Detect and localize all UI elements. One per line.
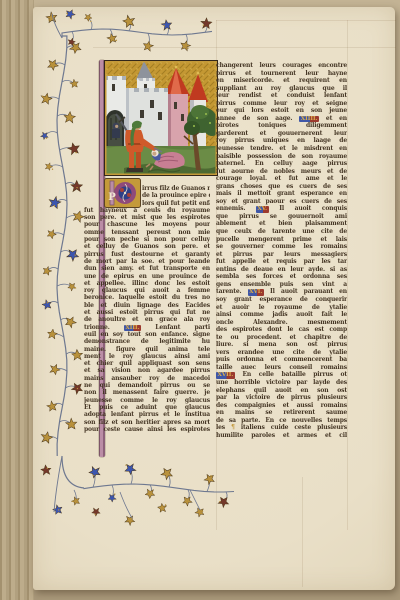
text-line: mais il mettoit grant esperance en — [216, 190, 347, 198]
ivy-leaf — [47, 328, 58, 339]
gold-dot — [187, 47, 188, 48]
ivy-leaf — [41, 298, 54, 311]
gold-dot — [66, 13, 67, 14]
text-line: son pere. et mist que les espirotes — [84, 214, 210, 221]
text-line: roy glaucus qui auoit a femme — [84, 287, 210, 294]
text-line: pirrus fust destourne et garanty — [84, 251, 210, 258]
text-line: annee de son aage. XIIII. et en — [216, 115, 347, 123]
text-line: leur rendist et conduist lenfant — [216, 92, 347, 100]
vine-stem — [190, 490, 200, 510]
ivy-leaf — [178, 39, 191, 53]
ivy-leaf — [121, 15, 136, 30]
gold-dot — [163, 25, 164, 26]
text-line: oncle Alexandre. mesmement — [216, 319, 347, 327]
ivy-leaf — [160, 18, 173, 32]
text-line: omme tenssant pereust non mie — [84, 229, 210, 236]
ivy-leaf — [50, 364, 61, 375]
ivy-leaf — [180, 494, 193, 507]
ivy-leaf — [41, 265, 53, 277]
gold-dot — [77, 388, 78, 389]
gold-dot — [74, 426, 75, 427]
text-line: adopta lenfant pirrus et le institua — [84, 411, 210, 418]
gold-dot — [203, 25, 204, 26]
text-line: soy grant esperance de conquerir — [216, 296, 347, 304]
chapter-numeral: XVII. — [216, 372, 235, 378]
text-line: en mains se retirerent saume — [216, 409, 347, 417]
text-line: euil en soy tout son enfance. signe — [84, 331, 210, 338]
gold-dot — [76, 187, 77, 188]
gold-dot — [54, 367, 55, 368]
ivy-leaf — [64, 111, 76, 123]
text-line: vers erandee une cite de ytalie — [216, 349, 347, 357]
ivy-leaf — [141, 39, 154, 52]
text-line: et chier quil appliquast son sens — [84, 360, 210, 367]
ivy-leaf — [65, 246, 81, 262]
ivy-leaf — [84, 14, 92, 22]
text-line: une horrible victoire par layde des — [216, 379, 347, 387]
text-line: roy pirrus uniques en laage de — [216, 137, 347, 145]
ivy-leaf — [217, 494, 231, 508]
text-line: ne qui demandoit pirrus ou se — [84, 382, 210, 389]
text-line: mains ansauber roy de macedoi — [84, 375, 210, 382]
text-line: en misericorde. et requirent en — [216, 77, 347, 85]
ivy-leaf — [47, 196, 62, 211]
gold-dot — [94, 514, 95, 515]
gold-dot — [74, 355, 75, 356]
gold-dot — [116, 40, 117, 41]
text-line: te ou procedent. et chapitre de — [216, 334, 347, 342]
ivy-leaf — [159, 465, 175, 481]
text-line: pucelle mengerent prime et lais — [216, 236, 347, 244]
gold-dot — [68, 324, 69, 325]
text-line: pour son peche si non pour celluy — [84, 236, 210, 243]
text-line: son filz et son heritier apres sa mort — [84, 419, 210, 426]
manuscript-photo: P irrus filz de Guanos royde la prouince… — [0, 0, 400, 600]
text-line: liure. si mena son ost pirrus — [216, 341, 347, 349]
gold-dot — [210, 475, 211, 476]
text-line: tarente. XVI. Il auoit parauant en — [216, 288, 347, 296]
text-line: sembla ses forces et ordonna ses — [216, 273, 347, 281]
text-line: gens ensemble puis sen vint a — [216, 281, 347, 289]
vine-stem — [84, 484, 234, 492]
ivy-leaf — [40, 464, 51, 475]
ivy-leaf — [123, 462, 137, 476]
ivy-leaf — [46, 400, 60, 414]
text-line: et aussi estoit pirrus qui fut ne — [84, 309, 210, 316]
gold-dot — [48, 19, 49, 20]
text-line: elephans quil auoit en son ost — [216, 387, 347, 395]
text-line: ainsi comme jadis auoit fait le — [216, 311, 347, 319]
text-line: maine. figure quil anima tele — [84, 346, 210, 353]
text-line: de la prouince epire des — [142, 192, 210, 199]
text-line: suppliant au roy glaucus que il — [216, 85, 347, 93]
gold-dot — [73, 44, 74, 45]
vine-stem — [54, 456, 62, 512]
ivy-leaf — [41, 93, 53, 105]
text-line: humilite paroles et armes et cil — [216, 432, 347, 440]
text-line: pirrus comme leur roy et seigne — [216, 100, 347, 108]
gold-dot — [47, 468, 48, 469]
text-column-right: changerent leurs courages encontrepirrus… — [216, 62, 347, 439]
text-line: eur qui lors estoit en son jeune — [216, 107, 347, 115]
text-line: non il menassent faire guerre. je — [84, 389, 210, 396]
gold-dot — [125, 464, 126, 465]
text-line: et appellee. illinc donc les estoit — [84, 280, 210, 287]
gold-dot — [72, 501, 73, 502]
text-line: soy et grant paour es cuers de ses — [216, 198, 347, 206]
text-line: Et puis ce aduint que glaucus — [84, 404, 210, 411]
chapter-numeral: XVI. — [248, 289, 264, 295]
text-line: beronice. laquelle estoit du tres no — [84, 294, 210, 301]
text-line: paternel. En celluy aage pirrus — [216, 160, 347, 168]
text-line: fut aourne de nobles meurs et de — [216, 168, 347, 176]
text-line: pirrus et tournerent leur hayne — [216, 70, 347, 78]
text-line: des espirotes dont le cas est comp — [216, 326, 347, 334]
gold-dot — [50, 63, 51, 64]
paragraph-mark: ¶ — [231, 424, 235, 431]
gold-dot — [127, 18, 128, 19]
text-line: de mort par la soe. et pour leande — [84, 258, 210, 265]
text-line: de sa parte. En ce nouvelles temps — [216, 417, 347, 425]
text-column-left: irrus filz de Guanos royde la prouince e… — [84, 185, 210, 433]
text-line: ablement et bien plaisamment — [216, 220, 347, 228]
text-line: par la victoire de pirrus plusieurs — [216, 394, 347, 402]
text-line: pirotes toniques diligemment — [216, 122, 347, 130]
gold-dot — [50, 336, 51, 337]
gold-dot — [131, 520, 132, 521]
ivy-leaf — [145, 489, 155, 499]
gold-dot — [114, 493, 115, 494]
text-line: courage loyal. et fut ame et le — [216, 175, 347, 183]
vine-stem — [57, 284, 72, 286]
text-line: fut hayneux a ceuls du royaume — [84, 207, 210, 214]
text-line: irrus filz de Guanos roy — [142, 185, 210, 192]
text-line: taille auec leurs conseil romains — [216, 364, 347, 372]
ivy-leaf — [106, 32, 119, 45]
gold-dot — [74, 254, 75, 255]
gold-dot — [47, 302, 48, 303]
chapter-numeral: XIII. — [124, 325, 141, 331]
gold-dot — [90, 21, 91, 22]
text-line: et pirrus par leurs messagiers — [216, 251, 347, 259]
text-line: pour ceste cause ainsi les espirotes — [84, 426, 210, 433]
gold-dot — [149, 48, 150, 49]
gold-dot — [165, 504, 166, 505]
ivy-leaf — [45, 11, 60, 26]
text-line: que pirrus se gouuernoit ami — [216, 213, 347, 221]
ivy-leaf — [66, 281, 77, 292]
gold-dot — [74, 47, 75, 48]
text-line: ble et diuin lignage des Eacides — [84, 302, 210, 309]
text-line: jeunesse comme le roy glaucus — [84, 397, 210, 404]
gold-dot — [149, 491, 150, 492]
ivy-leaf — [92, 508, 101, 517]
text-line: que ceulx de tarente une cite de — [216, 228, 347, 236]
ivy-leaf — [71, 180, 83, 191]
gold-dot — [93, 475, 94, 476]
text-line: pour chascune les moyens pour — [84, 221, 210, 228]
text-line: changerent leurs courages encontre — [216, 62, 347, 70]
ivy-leaf — [63, 7, 76, 20]
ivy-leaf — [194, 505, 207, 518]
chapter-numeral: XIIII. — [299, 116, 319, 122]
text-line: XVII. En celle bataille pirrus ot — [216, 371, 347, 379]
ivy-leaf — [46, 229, 57, 239]
ivy-leaf — [40, 131, 50, 141]
text-line: puis ordonna et commencerent ba — [216, 356, 347, 364]
gold-dot — [51, 404, 52, 405]
gold-dot — [54, 205, 55, 206]
miniature-painting — [104, 60, 218, 176]
text-line: lors quil fut petit enfant — [142, 200, 210, 207]
gold-dot — [42, 96, 43, 97]
gold-dot — [166, 476, 167, 477]
gold-dot — [219, 501, 220, 502]
vine-stem — [62, 456, 84, 488]
ivy-leaf — [69, 78, 81, 90]
chapter-numeral: XV. — [256, 206, 269, 212]
text-line: trionne. XIII. Lenfant parti — [84, 324, 210, 331]
text-line: de anoultre et en grace ala roy — [84, 316, 210, 323]
gold-dot — [69, 113, 70, 114]
text-line: des compaignies et aussi romains — [216, 402, 347, 410]
text-line: dun sien amy. et fut transporte en — [84, 265, 210, 272]
gold-dot — [75, 214, 76, 215]
text-line: les ¶ italiens cuide ceste plusieurs — [216, 424, 347, 432]
ivy-leaf — [157, 503, 167, 514]
text-line: grans choses que es cuers de ses — [216, 183, 347, 191]
text-line: et sa vision non agardee pirrus — [84, 367, 210, 374]
gold-dot — [52, 169, 53, 170]
text-line: paisible possession de son royaume — [216, 153, 347, 161]
text-line: et auoir le royaume de ytalie — [216, 304, 347, 312]
vine-stem — [120, 492, 132, 518]
text-line: et celluy de Guanos son pere. et — [84, 243, 210, 250]
text-line: garderent et gouuernerent leur — [216, 130, 347, 138]
ivy-leaf — [64, 417, 79, 432]
ivy-leaf — [72, 349, 83, 360]
text-line: se gouverner comme les romains — [216, 243, 347, 251]
gold-dot — [58, 509, 59, 510]
ivy-leaf — [203, 472, 217, 486]
vine-stem — [62, 29, 212, 38]
text-line: fut appelle et requis par les tar — [216, 258, 347, 266]
gold-dot — [46, 138, 47, 139]
gold-dot — [75, 152, 76, 153]
gold-dot — [48, 234, 49, 235]
text-line: ment le roy glaucus ainsi ami — [84, 353, 210, 360]
gold-dot — [48, 437, 49, 438]
text-line: ennemis. XV. Il auoit conquis — [216, 205, 347, 213]
text-line: jeunesse tendre. et le misdrent en — [216, 145, 347, 153]
gold-dot — [46, 269, 47, 270]
gold-dot — [76, 84, 77, 85]
ivy-leaf — [45, 163, 53, 171]
text-line: entins de deaue en leur ayde. si as — [216, 266, 347, 274]
ivy-leaf — [67, 141, 82, 157]
gold-dot — [75, 287, 76, 288]
ivy-leaf — [47, 59, 59, 71]
ivy-leaf — [63, 314, 78, 329]
text-line: demonstrance de legitimite hu — [84, 338, 210, 345]
gold-dot — [202, 511, 203, 512]
text-line: une de epirus en une prouince de — [84, 273, 210, 280]
gold-dot — [186, 498, 187, 499]
ivy-leaf — [41, 431, 53, 443]
